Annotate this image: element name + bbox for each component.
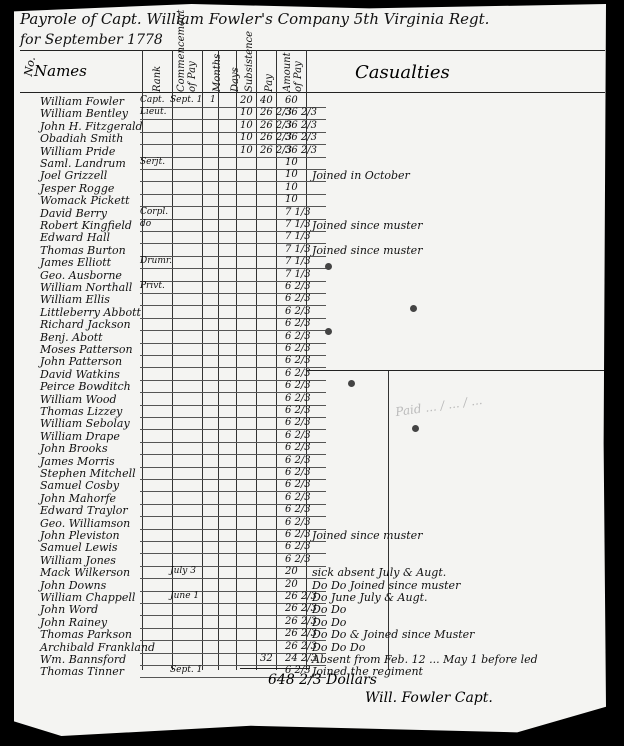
cell-casualty: Joined since muster [312,219,422,232]
cell-amount: 6 2/3 [285,318,311,329]
cell-rank: Capt. [140,95,165,105]
cell-casualty: Do Do & Joined since Muster [312,628,474,641]
cell-name: Littleberry Abbott [40,306,141,319]
cell-amount: 36 2/3 [285,107,317,118]
cell-name: William Jones [40,554,116,567]
cell-amount: 6 2/3 [285,306,311,317]
cell-amount: 10 [285,157,298,168]
cell-commenced: Sept. 1 [170,95,202,105]
col-rank-header: Rank [152,56,163,92]
cell-name: Thomas Lizzey [40,405,122,418]
cell-name: John Word [40,603,98,616]
cell-name: John H. Fitzgerald [40,120,143,133]
cell-casualty: Joined since muster [312,244,422,257]
header-rule-bottom [20,92,605,93]
cell-amount: 7 1/3 [285,269,311,280]
cell-amount: 6 2/3 [285,492,311,503]
cell-amount: 7 1/3 [285,231,311,242]
cell-amount: 6 2/3 [285,331,311,342]
cell-name: Thomas Burton [40,244,126,257]
cell-amount: 6 2/3 [285,504,311,515]
cell-name: William Bentley [40,107,128,120]
cell-casualty: Absent from Feb. 12 ... May 1 before led [312,653,538,666]
cell-amount: 7 1/3 [285,244,311,255]
cell-name: Peirce Bowditch [40,380,131,393]
cell-amount: 10 [285,194,298,205]
cell-amount: 6 2/3 [285,541,311,552]
cell-pay: 20 [240,95,253,106]
cell-amount: 6 2/3 [285,405,311,416]
cell-amount: 6 2/3 [285,355,311,366]
cell-name: William Ellis [40,293,110,306]
cell-name: Robert Kingfield [40,219,132,232]
cell-name: Wm. Bannsford [40,653,126,666]
cell-casualty: Joined since muster [312,529,422,542]
cell-months: 1 [210,95,216,105]
ink-spot [412,425,419,432]
cell-amount: 6 2/3 [285,368,311,379]
cell-casualty: sick absent July & Augt. [312,566,446,579]
cell-amount: 6 2/3 [285,293,311,304]
cell-amount: 36 2/3 [285,132,317,143]
cell-pay: 10 [240,107,253,118]
cell-name: Samuel Cosby [40,479,119,492]
scan-border [0,0,14,746]
cell-subsist: 40 [260,95,273,106]
cell-name: Geo. Ausborne [40,269,122,282]
col-pay-header: Pay [264,56,275,92]
cell-amount: 7 1/3 [285,219,311,230]
cell-name: William Drape [40,430,120,443]
cell-casualty: Do June July & Augt. [312,591,428,604]
total-rule [240,668,310,669]
cell-rank: Lieut. [140,107,166,117]
cell-amount: 6 2/3 [285,455,311,466]
cell-amount: 6 2/3 [285,517,311,528]
cell-amount: 36 2/3 [285,120,317,131]
col-casualties-header: Casualties [355,62,450,83]
cell-amount: 7 1/3 [285,207,311,218]
cell-amount: 6 2/3 [285,442,311,453]
cell-name: John Rainey [40,616,107,629]
document-subtitle: for September 1778 [20,32,163,48]
cell-casualty: Joined in October [312,169,410,182]
cell-commenced: July 3 [170,566,196,576]
cell-name: Samuel Lewis [40,541,118,554]
cell-name: Joel Grizzell [40,169,107,182]
cell-rank: Serjt. [140,157,165,167]
cell-name: Edward Traylor [40,504,128,517]
cell-amount: 6 2/3 [285,281,311,292]
cell-pay: 10 [240,132,253,143]
cell-name: William Fowler [40,95,124,108]
cell-name: Mack Wilkerson [40,566,130,579]
col-subsistence-header: Subsistence [244,56,255,92]
cell-name: Archibald Frankland [40,641,155,654]
cell-name: Jesper Rogge [40,182,114,195]
cell-amount: 7 1/3 [285,256,311,267]
cell-name: John Brooks [40,442,108,455]
ink-spot [410,305,417,312]
cell-name: Moses Patterson [40,343,133,356]
cell-amount: 36 2/3 [285,145,317,156]
cell-amount: 10 [285,182,298,193]
cell-name: John Patterson [40,355,122,368]
cell-name: William Wood [40,393,117,406]
cell-commenced: Sept. 1 [170,665,202,675]
total-amount: 648 2/3 Dollars [268,672,377,688]
cell-amount: 20 [285,579,298,590]
ink-spot [348,380,355,387]
cell-name: David Watkins [40,368,120,381]
cell-name: Saml. Landrum [40,157,126,170]
cell-amount: 6 2/3 [285,554,311,565]
col-commenced-header: Commencement of Pay [176,56,198,92]
col-amount-header: Amount of Pay [282,56,304,92]
cell-name: William Pride [40,145,115,158]
cell-name: James Elliott [40,256,111,269]
cell-name: Geo. Williamson [40,517,130,530]
signature: Will. Fowler Capt. [365,690,493,706]
cell-pay: 10 [240,120,253,131]
cell-name: Richard Jackson [40,318,131,331]
cell-name: Obadiah Smith [40,132,123,145]
col-names-header: Names [34,62,87,80]
cell-name: David Berry [40,207,107,220]
cell-name: John Downs [40,579,106,592]
cell-amount: 6 2/3 [285,380,311,391]
cell-amount: 6 2/3 [285,430,311,441]
cell-rank: Corpl. [140,207,168,217]
cell-amount: 6 2/3 [285,393,311,404]
ink-spot [325,328,332,335]
cell-subsist: 32 [260,653,273,664]
ink-spot [325,263,332,270]
cell-casualty: Do Do Joined since muster [312,579,460,592]
cell-name: Womack Pickett [40,194,130,207]
cell-amount: 6 2/3 [285,479,311,490]
cell-name: Edward Hall [40,231,110,244]
cell-amount: 6 2/3 [285,529,311,540]
cell-name: James Morris [40,455,115,468]
document-title: Payrole of Capt. William Fowler's Compan… [20,10,489,28]
cell-rank: Drumr. [140,256,172,266]
cell-pay: 10 [240,145,253,156]
cell-name: William Northall [40,281,132,294]
cell-amount: 6 2/3 [285,467,311,478]
cell-rank: do [140,219,151,229]
cell-amount: 10 [285,169,298,180]
cell-name: John Mahorfe [40,492,116,505]
cell-amount: 6 2/3 [285,417,311,428]
cell-name: Benj. Abott [40,331,103,344]
cell-amount: 60 [285,95,298,106]
cell-name: William Chappell [40,591,135,604]
cell-name: Stephen Mitchell [40,467,136,480]
header-rule-top [20,50,605,51]
cell-rank: Privt. [140,281,165,291]
cell-name: William Sebolay [40,417,130,430]
cell-amount: 6 2/3 [285,343,311,354]
cell-name: Thomas Tinner [40,665,124,678]
cell-commenced: June 1 [170,591,199,601]
cell-name: John Pleviston [40,529,120,542]
cell-amount: 20 [285,566,298,577]
cell-name: Thomas Parkson [40,628,132,641]
